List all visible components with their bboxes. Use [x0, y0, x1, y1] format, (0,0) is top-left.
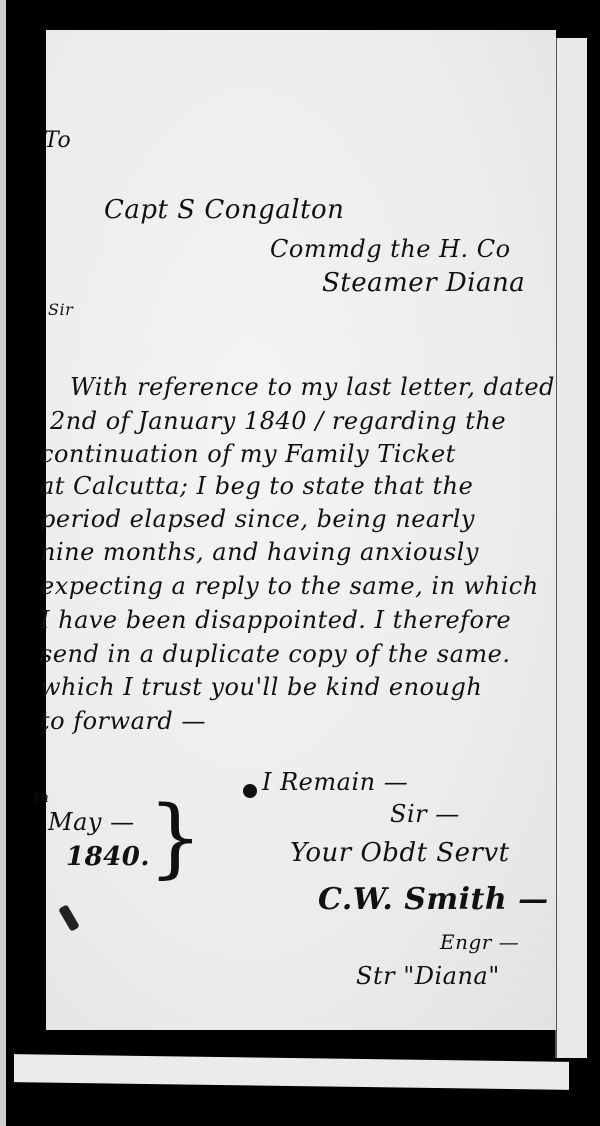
- addressee-name: Capt S Congalton: [104, 195, 344, 225]
- body-line-1: With reference to my last letter, dated: [70, 373, 555, 401]
- body-line-4: at Calcutta; I beg to state that the: [40, 472, 473, 500]
- date-month: May —: [48, 808, 135, 836]
- body-line-8: I have been disappointed. I therefore: [40, 606, 511, 634]
- signature-vessel: Str "Diana": [356, 962, 500, 990]
- body-line-5: period elapsed since, being nearly: [40, 505, 475, 533]
- underlying-page: [555, 38, 587, 1058]
- addressee-vessel: Steamer Diana: [322, 268, 525, 298]
- scan-edge: [0, 0, 6, 1126]
- salutation-to: To: [44, 128, 71, 153]
- body-line-6: nine months, and having anxiously: [40, 538, 479, 566]
- greeting: Sir: [48, 300, 73, 319]
- body-line-10: which I trust you'll be kind enough: [40, 673, 482, 701]
- closing-sir: Sir —: [390, 800, 460, 828]
- body-line-2: 2nd of January 1840 / regarding the: [50, 407, 506, 435]
- closing-remain: I Remain —: [262, 768, 408, 796]
- date-year: 1840.: [66, 842, 150, 872]
- body-line-11: to forward —: [40, 707, 206, 735]
- closing-servant: Your Obdt Servt: [290, 838, 510, 868]
- body-line-7: expecting a reply to the same, in which: [40, 572, 539, 600]
- date-day-suffix: th: [34, 790, 50, 806]
- signature-name: C.W. Smith —: [318, 882, 549, 917]
- page-bottom-edge: [14, 1054, 569, 1090]
- ink-blot: [243, 784, 257, 798]
- body-line-3: continuation of my Family Ticket: [40, 440, 456, 468]
- addressee-title: Commdg the H. Co: [270, 235, 511, 263]
- body-line-9: send in a duplicate copy of the same.: [40, 640, 510, 668]
- signature-role: Engr —: [440, 930, 519, 954]
- brace-mark: }: [148, 795, 203, 881]
